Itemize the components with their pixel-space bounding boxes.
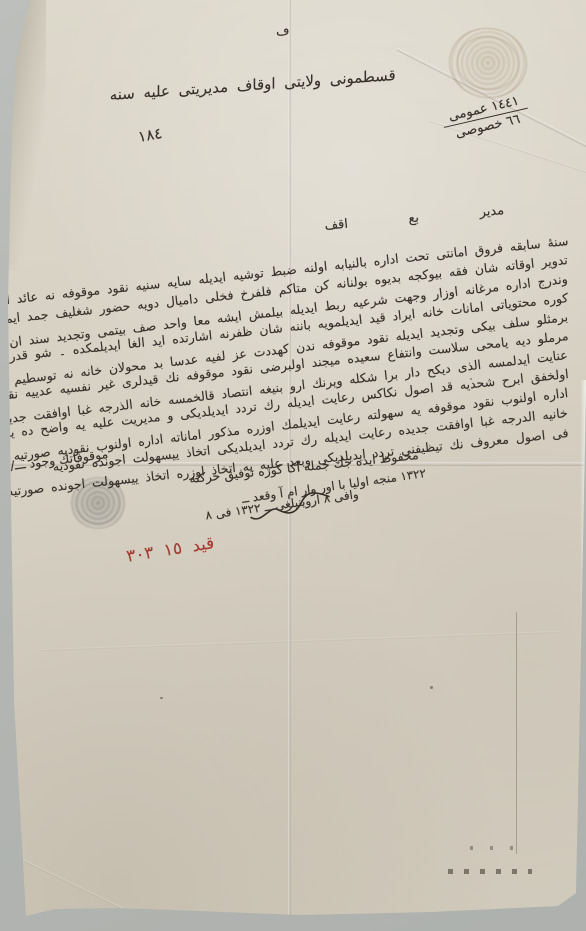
scan-background: ڡ قسطمونى ولايتى اوقاف مديريتى عليه سنه … [0, 0, 586, 931]
paper-vignette [0, 0, 586, 931]
paper-sheet: ڡ قسطمونى ولايتى اوقاف مديريتى عليه سنه … [0, 0, 586, 931]
